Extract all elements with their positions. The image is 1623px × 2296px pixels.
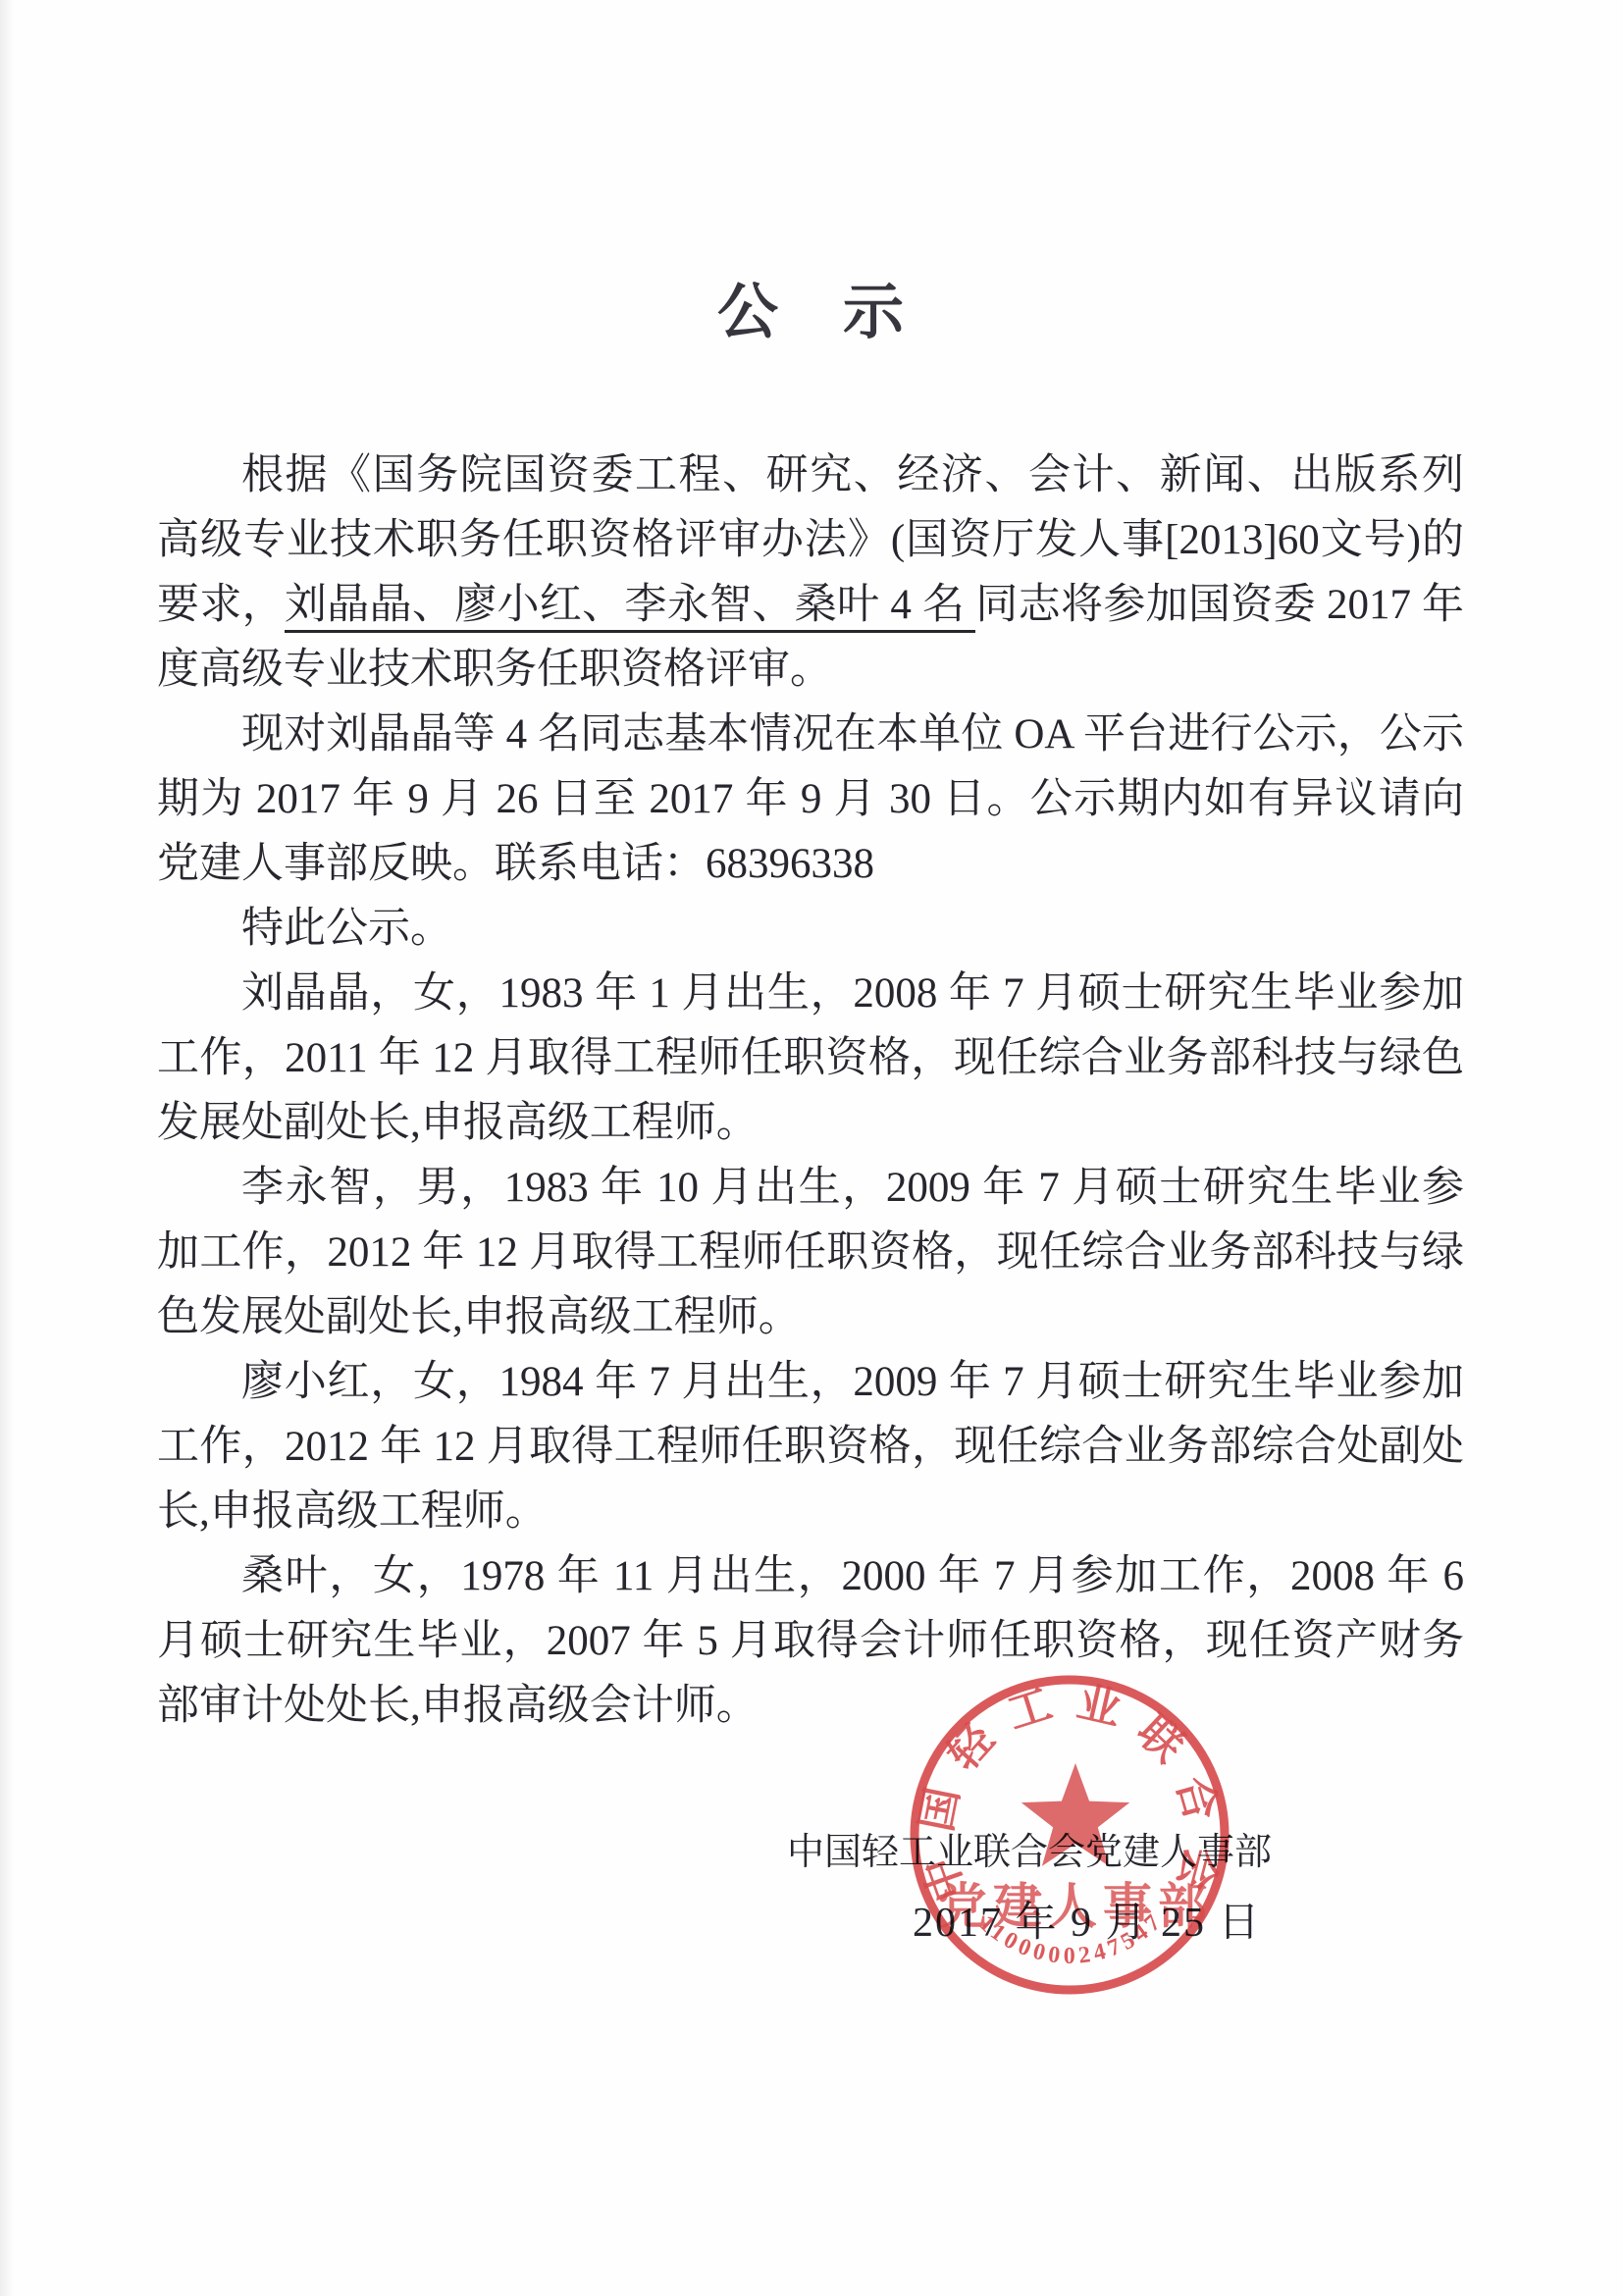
paragraph-basis: 根据《国务院国资委工程、研究、经济、会计、新闻、出版系列高级专业技术职务任职资格… [157,444,1464,703]
paragraph-publicity-period: 现对刘晶晶等 4 名同志基本情况在本单位 OA 平台进行公示，公示期为 2017… [157,703,1464,897]
p1-underlined-names: 刘晶晶、廖小红、李永智、桑叶 4 名 [285,582,975,633]
paragraph-liu-jingjing: 刘晶晶，女，1983 年 1 月出生，2008 年 7 月硕士研究生毕业参加工作… [157,962,1464,1156]
official-seal: 中国轻工业联合会 党建人事部 1100000247547 [900,1665,1239,2005]
document-page: 公 示 根据《国务院国资委工程、研究、经济、会计、新闻、出版系列高级专业技术职务… [0,0,1623,2296]
seal-star-icon [1021,1763,1129,1866]
paragraph-hereby-announced: 特此公示。 [157,897,1464,962]
paragraph-sang-ye: 桑叶，女，1978 年 11 月出生，2000 年 7 月参加工作，2008 年… [157,1544,1464,1739]
paragraph-liao-xiaohong: 廖小红，女，1984 年 7 月出生，2009 年 7 月硕士研究生毕业参加工作… [157,1350,1464,1544]
paragraph-li-yongzhi: 李永智，男，1983 年 10 月出生，2009 年 7 月硕士研究生毕业参加工… [157,1156,1464,1350]
page-title: 公 示 [0,263,1623,350]
document-body: 根据《国务院国资委工程、研究、经济、会计、新闻、出版系列高级专业技术职务任职资格… [157,444,1464,1739]
